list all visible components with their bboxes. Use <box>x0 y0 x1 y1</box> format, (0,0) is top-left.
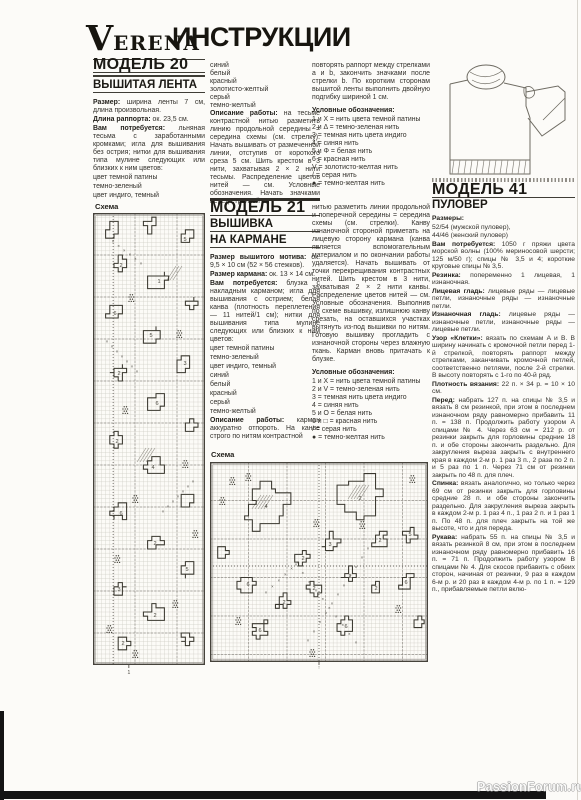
page-edge-line <box>577 0 578 800</box>
svg-text:2: 2 <box>374 586 377 592</box>
paragraph: цвет индиго, темный <box>93 192 205 200</box>
paragraph: Изнаночная гладь: лицевые ряды — изнаноч… <box>432 311 575 334</box>
svg-text:2: 2 <box>358 496 361 502</box>
list-item: 1 и X = нить цвета темной патины <box>312 116 430 124</box>
list-item: белый <box>210 70 320 78</box>
scan-black-bar-bottom <box>0 791 546 799</box>
paragraph: Описание работы: на тесьме контрастной н… <box>210 110 320 206</box>
cross-stitch-chart-model21: 42322562222666××××××××××××××××××××××××××… <box>210 462 428 670</box>
svg-text:2: 2 <box>301 556 304 562</box>
paragraph: повторять раппорт между стрелками a и b,… <box>312 62 430 102</box>
paragraph: Размер вышитого мотива: ок. 9,5 × 10 см … <box>210 254 320 270</box>
list-item: красный <box>210 78 320 86</box>
model20-column2: синийбелыйкрасныйзолотисто-желтыйсерыйте… <box>210 62 320 207</box>
model21-title: МОДЕЛЬ 21 <box>210 203 320 214</box>
svg-text:1: 1 <box>127 670 130 675</box>
list-item: V = золотисто-желтая нить <box>312 164 430 172</box>
paragraph: темно-желтый <box>210 408 320 416</box>
svg-text:↑: ↑ <box>318 665 321 670</box>
paragraph: Лицевая гладь: лицевые ряды — лицевые пе… <box>432 288 575 311</box>
svg-text:5: 5 <box>408 532 411 538</box>
svg-text:6: 6 <box>113 311 116 317</box>
model21-continuation-text: нитью разметить линии продольной и попер… <box>312 204 430 364</box>
paragraph: Рукава: набрать 55 п. на спицы № 3,5 и в… <box>432 534 575 594</box>
list-item: синий <box>210 62 320 70</box>
list-item: 3 = темная нить цвета индиго <box>312 132 430 140</box>
svg-text:3: 3 <box>328 542 331 548</box>
list-item: 3 = темная нить цвета индиго <box>312 394 430 402</box>
paragraph: синий <box>210 372 320 380</box>
model20-subtitle: ВЫШИТАЯ ЛЕНТА <box>93 77 205 91</box>
paragraph: Размер кармана: ок. 13 × 14 см. <box>210 271 320 279</box>
paragraph: 52/54 (мужской пуловер), <box>432 224 575 232</box>
paragraph: Размер: ширина ленты 7 см, длина произво… <box>93 99 205 115</box>
paragraph: цвет темной патины <box>93 174 205 182</box>
svg-text:2: 2 <box>153 541 156 547</box>
paragraph: Вам потребуется: льняная тесьма с зарабо… <box>93 125 205 173</box>
model41-subtitle: ПУЛОВЕР <box>432 198 575 212</box>
model41-text: Размеры:52/54 (мужской пуловер),44/46 (ж… <box>432 215 575 594</box>
model21-schema-label: Схема <box>211 450 234 459</box>
list-item: золотисто-желтый <box>210 86 320 94</box>
svg-text:3: 3 <box>117 587 120 593</box>
model21-column1: МОДЕЛЬ 21 ВЫШИВКА НА КАРМАНЕ Размер выши… <box>210 198 320 442</box>
svg-text:6: 6 <box>404 580 407 586</box>
model20-legend-list: 1 и X = нить цвета темной патины2 и Δ = … <box>312 116 430 188</box>
model20-legend-title: Условные обозначения: <box>312 107 430 115</box>
watermark: PassionForum.ru <box>477 780 581 794</box>
list-item: / = серая нить <box>312 426 430 434</box>
paragraph: серый <box>210 399 320 407</box>
svg-text:5: 5 <box>185 567 188 573</box>
svg-text:2: 2 <box>282 600 285 606</box>
paragraph: Спинка: вязать аналогично, но только чер… <box>432 480 575 533</box>
paragraph: нитью разметить линии продольной и попер… <box>312 204 430 364</box>
model20-continuation-text: повторять раппорт между стрелками a и b,… <box>312 62 430 102</box>
svg-text:2: 2 <box>115 439 118 445</box>
paragraph: 44/46 (женский пуловер) <box>432 232 575 240</box>
paragraph: темно-зеленый <box>93 183 205 191</box>
svg-text:4: 4 <box>151 465 154 471</box>
svg-text:2: 2 <box>119 263 122 269</box>
paragraph: красный <box>210 390 320 398</box>
model21-subtitle1: ВЫШИВКА <box>210 216 320 230</box>
paragraph: цвет индиго, темный <box>210 363 320 371</box>
divider <box>210 247 320 248</box>
paragraph: Плотность вязания: 22 п. × 34 р. = 10 × … <box>432 381 575 396</box>
model20-intro-text: Размер: ширина ленты 7 см, длина произво… <box>93 99 205 200</box>
logo-initial: V <box>86 18 113 59</box>
model21-legend-list: 1 и X = нить цвета темной патины2 и V = … <box>312 378 430 442</box>
paragraph: Вам потребуется: блузка с накладным карм… <box>210 280 320 344</box>
svg-text:6: 6 <box>344 624 347 630</box>
paragraph: Узор «Клетки»: вязать по схемам A и B. В… <box>432 335 575 380</box>
svg-text:2: 2 <box>117 371 120 377</box>
paragraph: белый <box>210 381 320 389</box>
svg-text:1: 1 <box>157 279 160 285</box>
page-title: ИНСТРУКЦИИ <box>172 22 351 53</box>
svg-text:4: 4 <box>264 504 267 510</box>
paragraph: Длина раппорта: ок. 23,5 см. <box>93 116 205 124</box>
svg-text:6: 6 <box>246 582 249 588</box>
list-item: 1 и X = нить цвета темной патины <box>312 378 430 386</box>
magazine-page: VERENA ИНСТРУКЦИИ МОДЕЛЬ 20 ВЫШИТАЯ ЛЕНТ… <box>0 0 581 800</box>
model20-column1: МОДЕЛЬ 20 ВЫШИТАЯ ЛЕНТА Размер: ширина л… <box>93 58 205 201</box>
list-item: ● = темно-желтая нить <box>312 434 430 442</box>
list-item: 6 = красная нить <box>312 156 430 164</box>
list-item: / = серая нить <box>312 172 430 180</box>
list-item: 6 и □ = красная нить <box>312 418 430 426</box>
list-item: 5 и Φ = белая нить <box>312 148 430 156</box>
model20-column3: повторять раппорт между стрелками a и b,… <box>312 62 430 188</box>
paragraph: Перед: набрать 127 п. на спицы № 3,5 и в… <box>432 397 575 480</box>
list-item: 4 = синяя нить <box>312 140 430 148</box>
pullover-sketch-icon <box>430 56 580 184</box>
divider <box>93 92 205 93</box>
list-item: 2 и V = темно-зеленая нить <box>312 386 430 394</box>
scan-black-bar-left <box>0 711 4 800</box>
model21-legend-title: Условные обозначения: <box>312 369 430 377</box>
svg-text:6: 6 <box>155 401 158 407</box>
paragraph: Вам потребуется: 1050 г пряжи цвета морс… <box>432 241 575 271</box>
list-item: 4 = синяя нить <box>312 402 430 410</box>
svg-text:2: 2 <box>121 641 124 647</box>
svg-text:2: 2 <box>378 538 381 544</box>
list-item: 5 и O = белая нить <box>312 410 430 418</box>
svg-text:5: 5 <box>149 333 152 339</box>
svg-text:5: 5 <box>183 237 186 243</box>
list-item: ● = темно-желтая нить <box>312 180 430 188</box>
list-item: серый <box>210 94 320 102</box>
list-item: 2 и Δ = темно-зеленая нить <box>312 124 430 132</box>
svg-text:6: 6 <box>258 628 261 634</box>
model20-schema-label: Схема <box>95 202 118 211</box>
model41-title: МОДЕЛЬ 41 <box>432 185 575 196</box>
model41-column: МОДЕЛЬ 41 ПУЛОВЕР Размеры:52/54 (мужской… <box>432 178 575 595</box>
model21-subtitle2: НА КАРМАНЕ <box>210 232 320 246</box>
paragraph: Размеры: <box>432 215 575 223</box>
paragraph: Описание работы: карман аккуратно отпоро… <box>210 417 320 441</box>
svg-text:3: 3 <box>183 361 186 367</box>
model21-intro-text: Размер вышитого мотива: ок. 9,5 × 10 см … <box>210 254 320 441</box>
model20-title: МОДЕЛЬ 20 <box>93 60 205 71</box>
model20-color-list: синийбелыйкрасныйзолотисто-желтыйсерыйте… <box>210 62 320 110</box>
model20-description-text: Описание работы: на тесьме контрастной н… <box>210 110 320 206</box>
svg-text:6: 6 <box>119 511 122 517</box>
list-item: темно-желтый <box>210 102 320 110</box>
model21-column2: нитью разметить линии продольной и попер… <box>312 204 430 442</box>
paragraph: темно-зеленый <box>210 354 320 362</box>
cross-stitch-chart-model20: 5216532624625322××××××××××××××××××××1 <box>93 213 205 675</box>
paragraph: Резинка: попеременно 1 лицевая, 1 изнано… <box>432 272 575 287</box>
svg-text:2: 2 <box>153 613 156 619</box>
paragraph: цвет темной патины <box>210 345 320 353</box>
